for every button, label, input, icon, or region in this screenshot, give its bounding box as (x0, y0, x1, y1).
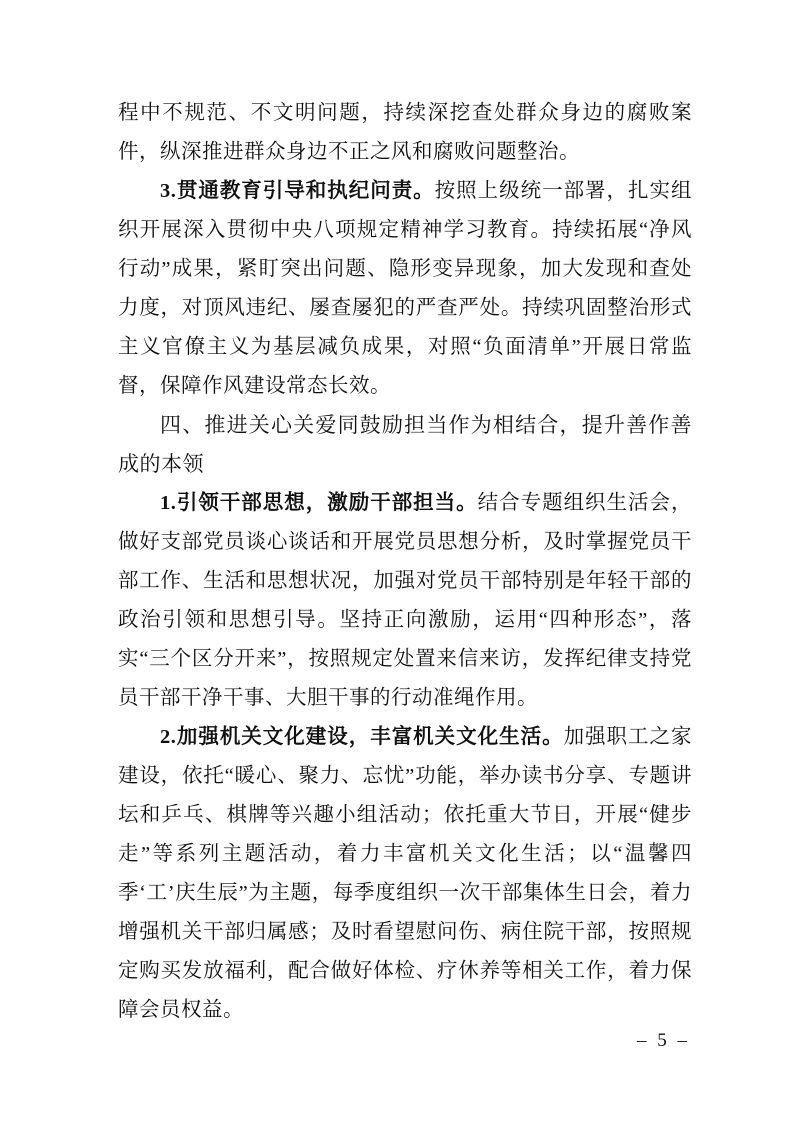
document-body: 程中不规范、不文明问题，持续深挖查处群众身边的腐败案件，纵深推进群众身边不正之风… (118, 94, 692, 1030)
page-number: – 5 – (637, 1030, 690, 1052)
paragraph-item-3-text: 按照上级统一部署，扎实组织开展深入贯彻中央八项规定精神学习教育。持续拓展“净风行… (118, 180, 692, 397)
paragraph-item-3: 3.贯通教育引导和执纪问责。按照上级统一部署，扎实组织开展深入贯彻中央八项规定精… (118, 172, 692, 406)
document-page: 程中不规范、不文明问题，持续深挖查处群众身边的腐败案件，纵深推进群众身边不正之风… (0, 0, 793, 1122)
paragraph-item-3-lead: 3.贯通教育引导和执纪问责。 (160, 180, 435, 202)
section-heading-4: 四、推进关心关爱同鼓励担当作为相结合，提升善作善成的本领 (118, 406, 692, 484)
paragraph-item-1-text: 结合专题组织生活会，做好支部党员谈心谈话和开展党员思想分析，及时掌握党员干部工作… (118, 492, 692, 709)
paragraph-continuation: 程中不规范、不文明问题，持续深挖查处群众身边的腐败案件，纵深推进群众身边不正之风… (118, 94, 692, 172)
paragraph-item-2-text: 加强职工之家建设，依托“暖心、聚力、忘忧”功能，举办读书分享、专题讲坛和乒乓、棋… (118, 726, 692, 1021)
paragraph-item-2: 2.加强机关文化建设，丰富机关文化生活。加强职工之家建设，依托“暖心、聚力、忘忧… (118, 718, 692, 1030)
paragraph-item-1-lead: 1.引领干部思想，激励干部担当。 (160, 492, 478, 514)
paragraph-item-1: 1.引领干部思想，激励干部担当。结合专题组织生活会，做好支部党员谈心谈话和开展党… (118, 484, 692, 718)
paragraph-item-2-lead: 2.加强机关文化建设，丰富机关文化生活。 (160, 726, 564, 748)
